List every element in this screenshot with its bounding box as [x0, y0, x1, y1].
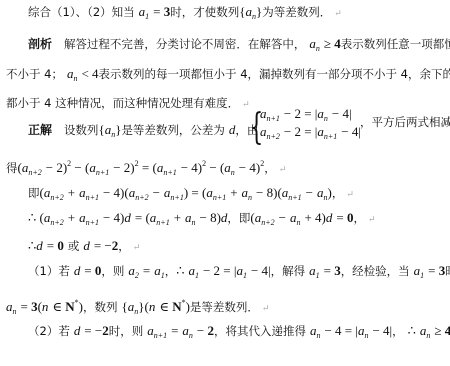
paragraph-mark-icon: ↵ [133, 243, 141, 253]
d-values: ∴d = 0 或 d = −2，↵ [28, 238, 140, 256]
text: （1）若 [28, 264, 70, 278]
analysis-line-end: 都小于 4 这种情况，而这种情况处理有难度．↵ [6, 95, 250, 113]
equation-squared: 得(an+2 − 2)2 − (an+1 − 2)2 = (an+1 − 4)2… [6, 156, 286, 181]
case-2-line: （2）若 d = −2时，则 an+1 = an − 2，将其代入递推得 an … [28, 323, 450, 344]
analysis-line: 剖析 解答过程不完善，分类讨论不周密．在解答中， an ≥ 4表示数列任意一项都… [28, 36, 450, 57]
text: ， [165, 264, 177, 278]
text: 解答过程不完善，分类讨论不周密．在解答中， [64, 37, 306, 51]
text: 表示数列任意一项都恒 [341, 37, 450, 51]
solution-line: 正解 设数列{an}是等差数列，公差为 d，由 [28, 122, 258, 143]
equation-factored: 即(an+2 + an+1 − 4)(an+2 − an+1) = (an+1 … [28, 185, 354, 206]
text: ， [332, 186, 344, 200]
text: 综合（1）、（2）知当 [28, 5, 135, 19]
text: ， [264, 161, 276, 175]
conclusion-line: 综合（1）、（2）知当 a1 = 3时，才使数列{an}为等差数列．↵ [28, 4, 342, 25]
text: 即 [28, 186, 40, 200]
equation-with-d: ∴ (an+2 + an+1 − 4)d = (an+1 + an − 8)d，… [28, 210, 376, 231]
text: 是等差数列． [190, 300, 259, 314]
paragraph-mark-icon: ↵ [368, 215, 376, 225]
case-1-line: （1）若 d = 0，则 a2 = a1，∴ a1 − 2 = |a1 − 4|… [28, 263, 450, 284]
paragraph-mark-icon: ↵ [262, 304, 270, 314]
text: 时，才使数列 [170, 5, 239, 19]
text: （2）若 [28, 324, 70, 338]
text: 为等差数列． [262, 5, 331, 19]
text: 是等差数列，公差为 [121, 123, 225, 137]
case-1-result: an = 3(n ∈ N*)，数列 {an}(n ∈ N*)是等差数列．↵ [6, 295, 269, 320]
text: 时，则 [109, 324, 144, 338]
text: 不小于 4； [6, 67, 63, 81]
text: ，平方后两式相减 [360, 115, 450, 129]
analysis-label: 剖析 [28, 37, 52, 51]
paragraph-mark-icon: ↵ [242, 100, 250, 110]
text: 设数列 [64, 123, 99, 137]
text: ， [353, 211, 365, 225]
paragraph-mark-icon: ↵ [279, 165, 287, 175]
text: ，即 [227, 211, 250, 225]
paragraph-mark-icon: ↵ [334, 9, 342, 19]
text: 得 [6, 161, 18, 175]
text: ，则 [101, 264, 124, 278]
text: ，解得 [271, 264, 306, 278]
solution-label: 正解 [28, 123, 52, 137]
text: 时， [445, 264, 450, 278]
text: ， [392, 324, 404, 338]
paragraph-mark-icon: ↵ [346, 190, 354, 200]
text: ，数列 [83, 300, 118, 314]
text: 表示数列的每一项都恒小于 4，漏掉数列有一部分项不小于 4，余下的项 [99, 67, 450, 81]
text: 都小于 4 这种情况，而这种情况处理有难度． [6, 96, 239, 110]
text: ，经检验，当 [341, 264, 410, 278]
text: 或 [68, 239, 80, 253]
analysis-line-cont: 不小于 4； an < 4表示数列的每一项都恒小于 4，漏掉数列有一部分项不小于… [6, 66, 450, 87]
text: ， [118, 239, 130, 253]
text: ，将其代入递推得 [214, 324, 306, 338]
